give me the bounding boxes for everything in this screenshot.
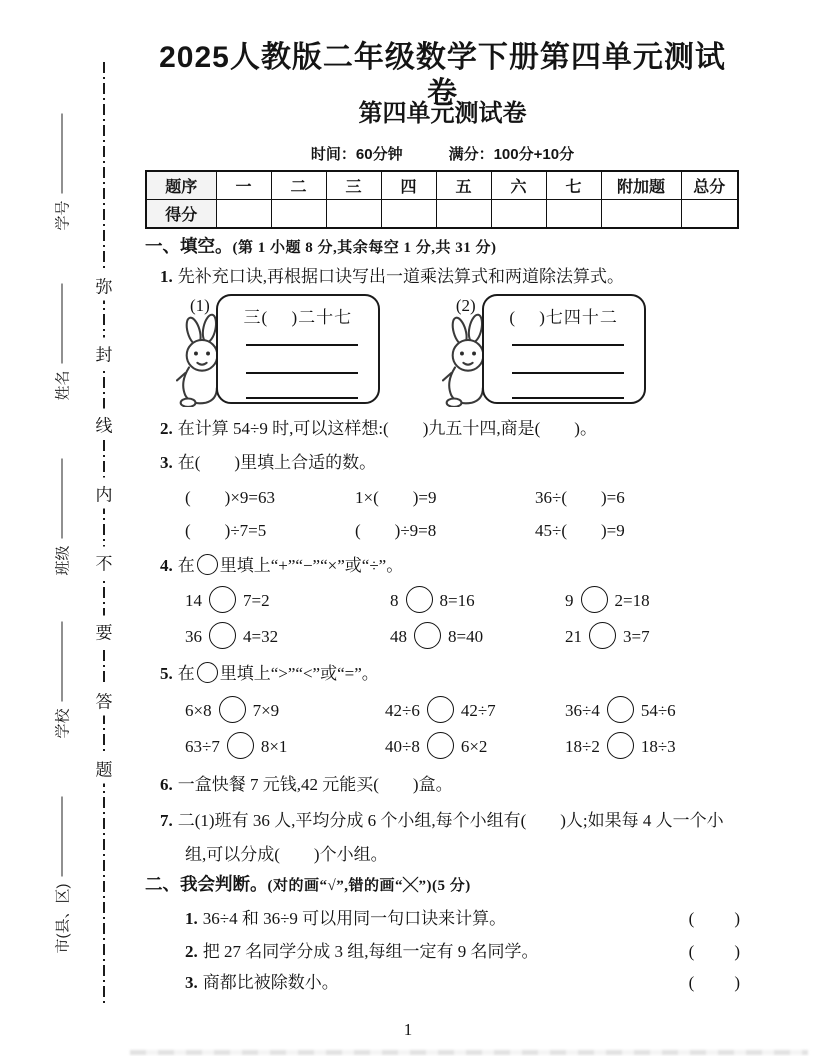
score-cell-empty[interactable]: [216, 200, 271, 229]
answer-line[interactable]: [246, 397, 358, 399]
write-in-line[interactable]: [62, 113, 63, 193]
score-header-cell: 附加题: [601, 171, 681, 200]
operator-circle[interactable]: [589, 622, 616, 649]
answer-line[interactable]: [512, 344, 624, 346]
recite-box-2: ( )七四十二: [482, 294, 646, 404]
question-text-post: 里填上“+”“−”“×”或“÷”。: [220, 556, 403, 575]
score-cell-empty[interactable]: [681, 200, 738, 229]
question-2: 2.在计算 54÷9 时,可以这样想:( )九五十四,商是( )。: [145, 418, 740, 440]
judge-item-2: 2.把 27 名同学分成 3 组,每组一定有 9 名同学。 ( ): [185, 937, 742, 962]
q3-row-1: ( )×9=63 1×( )=9 36÷( )=6: [185, 483, 740, 508]
seal-warning-char: 答: [95, 685, 114, 716]
compare-circle[interactable]: [607, 696, 634, 723]
q5-cell: 18÷218÷3: [565, 732, 740, 759]
q4-cell: 488=40: [390, 622, 565, 649]
question-number: 1.: [185, 909, 198, 928]
question-number: 3.: [185, 973, 198, 992]
question-number: 2.: [185, 942, 198, 961]
question-text: 在( )里填上合适的数。: [178, 453, 376, 472]
question-number: 1.: [160, 267, 173, 286]
section-two-heading: 二、我会判断。(对的画“√”,错的画“╳”)(5 分): [145, 874, 740, 896]
score-cell-empty[interactable]: [271, 200, 326, 229]
q3-cell: 45÷( )=9: [535, 516, 740, 541]
seal-field-city-county: 市(县、区): [52, 797, 73, 954]
question-5: 5.在里填上“>”“<”或“=”。: [145, 662, 740, 685]
score-header-cell: 一: [216, 171, 271, 200]
seal-field-name: 姓名: [52, 283, 73, 400]
judge-item-1: 1.36÷4 和 36÷9 可以用同一句口诀来计算。 ( ): [185, 904, 742, 929]
recite-box-1: 三( )二十七: [216, 294, 380, 404]
answer-line[interactable]: [246, 372, 358, 374]
operand: 2=18: [615, 591, 650, 610]
answer-line[interactable]: [512, 372, 624, 374]
q5-cell: 42÷642÷7: [385, 696, 565, 723]
question-number: 2.: [160, 419, 173, 438]
q3-row-2: ( )÷7=5 ( )÷9=8 45÷( )=9: [185, 516, 740, 541]
operator-circle[interactable]: [414, 622, 441, 649]
operand: 8: [390, 591, 399, 610]
question-text-post: 里填上“>”“<”或“=”。: [220, 664, 379, 683]
paper-title: 第四单元测试卷: [145, 100, 740, 129]
answer-bracket[interactable]: ( ): [689, 937, 742, 962]
seal-field-label: 姓名: [52, 370, 73, 400]
operand: 63÷7: [185, 737, 220, 756]
score-cell-empty[interactable]: [436, 200, 491, 229]
operand: 36: [185, 627, 202, 646]
answer-line[interactable]: [246, 344, 358, 346]
operand: 7=2: [243, 591, 270, 610]
section-two-title: 二、我会判断。: [145, 874, 268, 894]
q3-cell: ( )÷7=5: [185, 516, 355, 541]
write-in-line[interactable]: [62, 797, 63, 877]
question-text: 先补充口诀,再根据口诀写出一道乘法算式和两道除法算式。: [178, 267, 624, 286]
score-header-cell: 总分: [681, 171, 738, 200]
question-text-pre: 在: [178, 556, 195, 575]
full-score-info: 满分：100分+10分: [449, 146, 574, 164]
operator-circle[interactable]: [209, 622, 236, 649]
q4-row-2: 364=32 488=40 213=7: [185, 622, 740, 649]
q4-cell: 147=2: [185, 586, 390, 613]
time-info: 时间：60分钟: [311, 146, 403, 164]
seal-warning-char: 不: [95, 547, 114, 578]
q3-cell: 1×( )=9: [355, 483, 535, 508]
seal-field-label: 学号: [52, 200, 73, 230]
paper-content: 2025人教版二年级数学下册第四单元测试卷 第四单元测试卷 时间：60分钟 满分…: [145, 0, 740, 1056]
score-cell-empty[interactable]: [601, 200, 681, 229]
seal-field-student-id: 学号: [52, 113, 73, 230]
compare-circle[interactable]: [427, 732, 454, 759]
write-in-line[interactable]: [62, 458, 63, 538]
question-6: 6.一盒快餐 7 元钱,42 元能买( )盒。: [145, 774, 740, 796]
recite-formula: ( )七四十二: [484, 303, 644, 328]
score-value-row: 得分: [146, 200, 738, 229]
operand: 18÷2: [565, 737, 600, 756]
section-one-heading: 一、填空。(第 1 小题 8 分,其余每空 1 分,共 31 分): [145, 236, 740, 258]
compare-circle[interactable]: [227, 732, 254, 759]
operand: 6×2: [461, 737, 488, 756]
operand: 54÷6: [641, 701, 676, 720]
score-cell-empty[interactable]: [381, 200, 436, 229]
question-4: 4.在里填上“+”“−”“×”或“÷”。: [145, 554, 740, 577]
circle-icon: [197, 554, 218, 575]
q3-cell: 36÷( )=6: [535, 483, 740, 508]
score-header-cell: 四: [381, 171, 436, 200]
q3-cell: ( )÷9=8: [355, 516, 535, 541]
answer-bracket[interactable]: ( ): [689, 968, 742, 993]
question-number: 4.: [160, 556, 173, 575]
q5-row-1: 6×87×9 42÷642÷7 36÷454÷6: [185, 696, 740, 723]
compare-circle[interactable]: [427, 696, 454, 723]
operand: 8=40: [448, 627, 483, 646]
question-number: 7.: [160, 811, 173, 830]
operand: 8×1: [261, 737, 288, 756]
question-text: 二(1)班有 36 人,平均分成 6 个小组,每个小组有( )人;如果每 4 人…: [178, 811, 724, 864]
operator-circle[interactable]: [406, 586, 433, 613]
q3-cell: ( )×9=63: [185, 483, 355, 508]
operand: 42÷6: [385, 701, 420, 720]
seal-field-label: 班级: [52, 545, 73, 575]
seal-warning-char: 弥: [95, 270, 114, 301]
operand: 3=7: [623, 627, 650, 646]
operand: 6×8: [185, 701, 212, 720]
seal-warning-char: 要: [95, 616, 114, 647]
seal-warning-char: 线: [95, 409, 114, 440]
operand: 42÷7: [461, 701, 496, 720]
score-header-cell: 六: [491, 171, 546, 200]
seal-field-label: 学校: [52, 708, 73, 738]
score-row-label: 得分: [146, 200, 216, 229]
section-two-note: (对的画“√”,错的画“╳”)(5 分): [268, 878, 471, 894]
answer-line[interactable]: [512, 397, 624, 399]
operand: 48: [390, 627, 407, 646]
seal-dashed-line: [103, 62, 105, 1007]
question-text: 在计算 54÷9 时,可以这样想:( )九五十四,商是( )。: [178, 419, 597, 438]
q4-cell: 364=32: [185, 622, 390, 649]
answer-bracket[interactable]: ( ): [689, 904, 742, 929]
score-header-cell: 二: [271, 171, 326, 200]
score-header-row: 题序 一 二 三 四 五 六 七 附加题 总分: [146, 171, 738, 200]
q5-cell: 40÷86×2: [385, 732, 565, 759]
operand: 7×9: [253, 701, 280, 720]
score-header-cell: 题序: [146, 171, 216, 200]
score-header-cell: 五: [436, 171, 491, 200]
judge-text: 3.商都比被除数小。: [185, 968, 339, 993]
recite-formula: 三( )二十七: [218, 303, 378, 328]
score-header-cell: 三: [326, 171, 381, 200]
score-cell-empty[interactable]: [326, 200, 381, 229]
judge-text: 2.把 27 名同学分成 3 组,每组一定有 9 名同学。: [185, 937, 539, 962]
q5-cell: 63÷78×1: [185, 732, 385, 759]
paper-meta: 时间：60分钟 满分：100分+10分: [145, 146, 740, 164]
question-number: 3.: [160, 453, 173, 472]
write-in-line[interactable]: [62, 283, 63, 363]
operator-circle[interactable]: [581, 586, 608, 613]
seal-warning-char: 内: [95, 478, 114, 509]
operator-circle[interactable]: [209, 586, 236, 613]
operand: 9: [565, 591, 574, 610]
q5-cell: 6×87×9: [185, 696, 385, 723]
seal-field-school: 学校: [52, 621, 73, 738]
seal-field-class: 班级: [52, 458, 73, 575]
seal-field-label: 市(县、区): [52, 884, 73, 954]
judge-item-3: 3.商都比被除数小。 ( ): [185, 968, 742, 993]
seal-warning-char: 封: [95, 338, 114, 369]
q4-cell: 92=18: [565, 586, 740, 613]
section-one-note: (第 1 小题 8 分,其余每空 1 分,共 31 分): [233, 240, 497, 256]
operand: 40÷8: [385, 737, 420, 756]
operand: 36÷4: [565, 701, 600, 720]
page-number: 1: [0, 1020, 816, 1040]
recite-box: ( )七四十二: [482, 294, 646, 404]
score-table: 题序 一 二 三 四 五 六 七 附加题 总分 得分: [145, 170, 739, 229]
score-header-cell: 七: [546, 171, 601, 200]
test-paper-page: 学号 姓名 班级 学校 市(县、区) 弥 封 线 内 不 要 答 题 2025人…: [0, 0, 816, 1056]
section-one-title: 一、填空。: [145, 236, 233, 256]
operand: 4=32: [243, 627, 278, 646]
operand: 14: [185, 591, 202, 610]
question-text-pre: 在: [178, 664, 195, 683]
next-page-ghost-text: [130, 1050, 808, 1055]
operand: 8=16: [440, 591, 475, 610]
question-3: 3.在( )里填上合适的数。: [145, 452, 740, 474]
question-7: 7.二(1)班有 36 人,平均分成 6 个小组,每个小组有( )人;如果每 4…: [145, 804, 740, 872]
judge-text: 1.36÷4 和 36÷9 可以用同一句口诀来计算。: [185, 904, 506, 929]
question-text: 一盒快餐 7 元钱,42 元能买( )盒。: [178, 775, 453, 794]
recite-box: 三( )二十七: [216, 294, 380, 404]
question-number: 5.: [160, 664, 173, 683]
compare-circle[interactable]: [219, 696, 246, 723]
q5-cell: 36÷454÷6: [565, 696, 740, 723]
question-number: 6.: [160, 775, 173, 794]
operand: 18÷3: [641, 737, 676, 756]
recite-box-row: (1): [190, 294, 646, 404]
write-in-line[interactable]: [62, 621, 63, 701]
q5-row-2: 63÷78×1 40÷86×2 18÷218÷3: [185, 732, 740, 759]
q4-row-1: 147=2 88=16 92=18: [185, 586, 740, 613]
compare-circle[interactable]: [607, 732, 634, 759]
q4-cell: 213=7: [565, 622, 740, 649]
circle-icon: [197, 662, 218, 683]
operand: 21: [565, 627, 582, 646]
q4-cell: 88=16: [390, 586, 565, 613]
score-cell-empty[interactable]: [491, 200, 546, 229]
score-cell-empty[interactable]: [546, 200, 601, 229]
seal-warning-char: 题: [95, 753, 114, 784]
question-1: 1.先补充口诀,再根据口诀写出一道乘法算式和两道除法算式。: [145, 266, 740, 288]
